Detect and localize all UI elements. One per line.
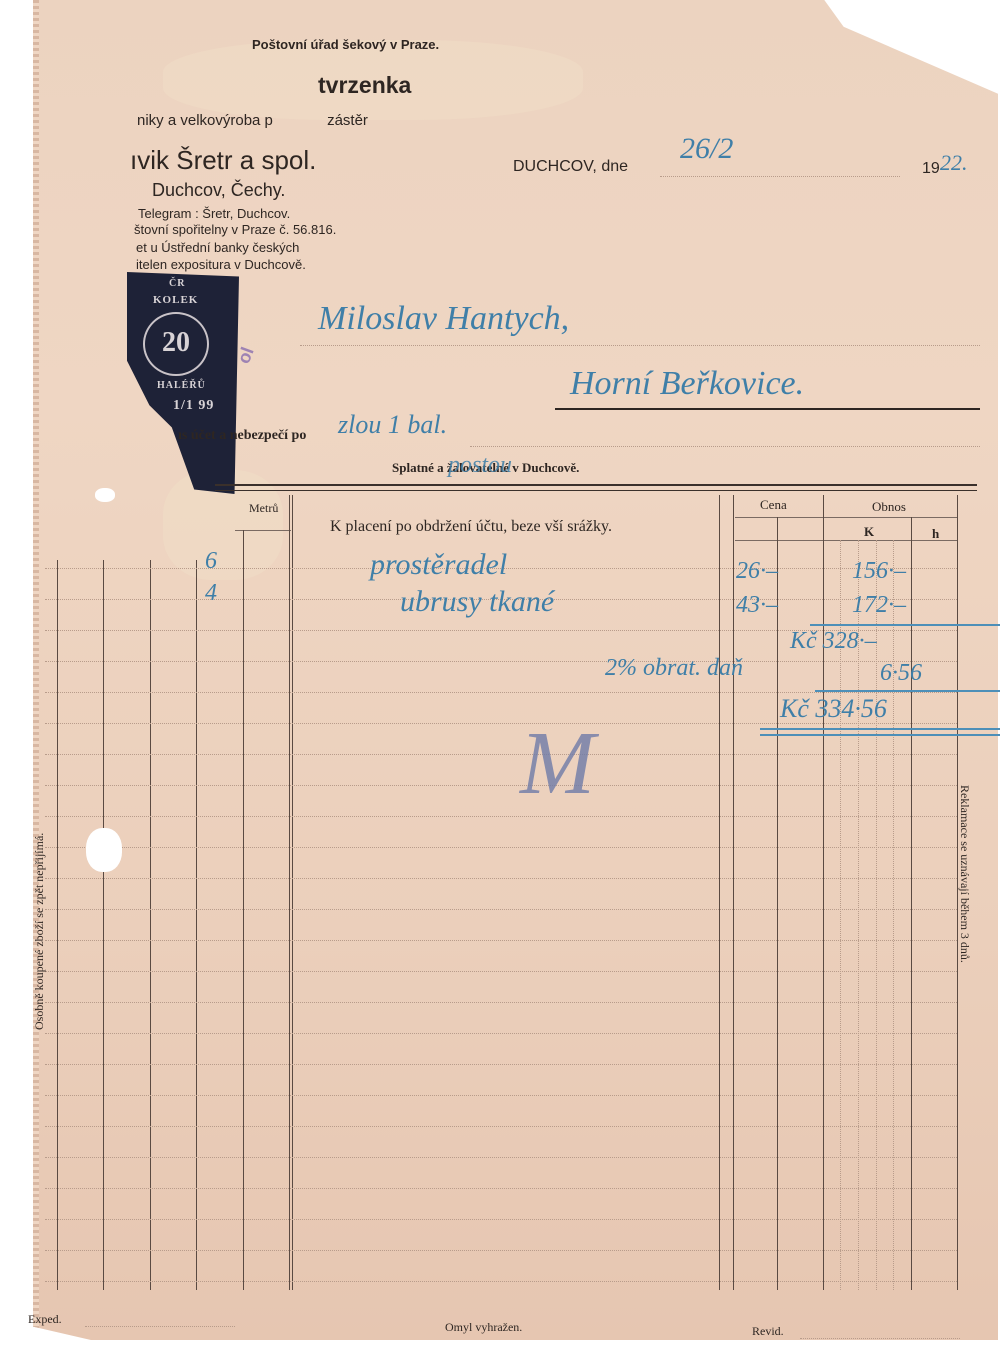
table-row-line — [45, 940, 957, 941]
table-row-line — [45, 1064, 957, 1065]
stamp-value: 20 — [143, 312, 209, 376]
table-row-line — [45, 1033, 957, 1034]
table-top-rule-2 — [215, 490, 977, 491]
row-2-amount: 172·– — [852, 592, 906, 619]
row-1-price: 26·– — [736, 558, 778, 585]
business-line-start: niky a velkovýroba p — [137, 112, 273, 129]
col-header-description: K placení po obdržení účtu, beze vší srá… — [330, 518, 612, 536]
col-line — [289, 495, 290, 1290]
col-line — [719, 495, 720, 1290]
document-title: tvrzenka — [318, 72, 411, 99]
table-row-line — [45, 816, 957, 817]
exped-dotted-line — [85, 1326, 235, 1327]
table-row-line — [45, 692, 957, 693]
stamp-currency: HALÉŘŮ — [157, 380, 206, 391]
table-row-line — [45, 971, 957, 972]
date-year-suffix: 22. — [940, 150, 968, 176]
table-row-line — [45, 909, 957, 910]
postal-savings-line: štovní spořitelny v Praze č. 56.816. — [134, 222, 336, 237]
shipping-label: ıs účet a nebezpečí po — [178, 428, 306, 444]
punch-hole — [86, 828, 122, 872]
col-line — [777, 517, 778, 1290]
col-line — [150, 560, 151, 1290]
tax-label: 2% obrat. daň — [605, 655, 743, 682]
row-2-price: 43·– — [736, 592, 778, 619]
subtotal-rule — [810, 624, 1000, 626]
table-row-line — [45, 878, 957, 879]
bank-line-2: itelen expositura v Duchcově. — [136, 257, 306, 272]
col-line — [196, 560, 197, 1290]
col-header-metru: Metrů — [249, 501, 278, 516]
total-double-rule-2 — [760, 734, 1000, 736]
total-double-rule — [760, 728, 1000, 730]
footer-revid: Revid. — [752, 1324, 784, 1339]
price-header-rule-2 — [735, 540, 957, 541]
stamp-kolek: KOLEK — [153, 294, 198, 306]
invoice-paper — [33, 0, 998, 1340]
left-side-note: Osobně koupené zboží se zpět nepřijímá. — [32, 833, 47, 1030]
col-line — [57, 560, 58, 1290]
row-2-item: ubrusy tkané — [400, 585, 554, 619]
stamp-issue: 1/1 99 — [173, 398, 214, 414]
row-1-amount: 156·– — [852, 558, 906, 585]
shipping-dotted-line — [470, 446, 980, 447]
total-rule — [815, 690, 1000, 692]
col-header-k: K — [864, 524, 874, 540]
row-1-qty: 6 — [205, 548, 217, 575]
table-row-line — [45, 754, 957, 755]
footer-omyl: Omyl vyhražen. — [445, 1320, 522, 1335]
company-name: ıvik Šretr a spol. — [130, 145, 316, 176]
recipient-name: Miloslav Hantych, — [318, 300, 569, 338]
date-dotted-line — [660, 176, 900, 177]
price-header-rule — [735, 517, 957, 518]
payable-overwrite: postou — [448, 452, 512, 479]
table-row-line — [45, 1095, 957, 1096]
postal-office-label: Poštovní úřad šekový v Praze. — [252, 37, 439, 52]
recipient-dotted-line — [300, 345, 980, 346]
stamp-country: ČR — [169, 278, 185, 289]
table-row-line — [45, 1250, 957, 1251]
col-line — [292, 495, 293, 1290]
table-row-line — [45, 1002, 957, 1003]
table-row-line — [45, 1219, 957, 1220]
business-line: niky a velkovýroba p zástěr — [137, 112, 368, 129]
bank-line-1: et u Ústřední banky českých — [136, 240, 299, 255]
col-line — [823, 495, 824, 1290]
col-line — [911, 517, 912, 1290]
row-2-qty: 4 — [205, 580, 217, 607]
company-city: Duchcov, Čechy. — [152, 180, 285, 201]
shipping-value: zlou 1 bal. — [338, 410, 447, 440]
table-row-line — [45, 1281, 957, 1282]
right-side-note: Reklamace se uznávají během 3 dnů. — [957, 785, 972, 963]
date-day-month: 26/2 — [680, 132, 733, 166]
col-line — [733, 495, 734, 1290]
col-header-obnos: Obnos — [872, 499, 906, 515]
signature: M — [520, 712, 595, 815]
subtotal: Kč 328·– — [790, 628, 877, 655]
table-row-line — [45, 847, 957, 848]
col-dotted — [893, 540, 894, 1290]
punch-hole — [95, 488, 115, 502]
date-year-prefix: 19 — [922, 160, 940, 178]
table-row-line — [45, 661, 957, 662]
row-1-item: prostěradel — [370, 548, 507, 582]
revid-dotted-line — [800, 1338, 960, 1339]
table-row-line — [45, 1157, 957, 1158]
recipient-underline — [555, 408, 980, 410]
recipient-place: Horní Beřkovice. — [570, 365, 804, 403]
tax-amount: 6·56 — [880, 660, 922, 687]
col-header-cena: Cena — [760, 497, 787, 513]
table-row-line — [45, 785, 957, 786]
footer-exped: Exped. — [28, 1312, 62, 1327]
table-row-line — [45, 1188, 957, 1189]
total: Kč 334·56 — [780, 694, 887, 724]
col-line — [103, 560, 104, 1290]
col-line — [243, 530, 244, 1290]
date-place-label: DUCHCOV, dne — [513, 158, 628, 176]
table-row-line — [45, 1126, 957, 1127]
telegram-line: Telegram : Šretr, Duchcov. — [138, 206, 290, 221]
table-top-rule — [215, 484, 977, 486]
business-line-end: zástěr — [327, 112, 368, 129]
